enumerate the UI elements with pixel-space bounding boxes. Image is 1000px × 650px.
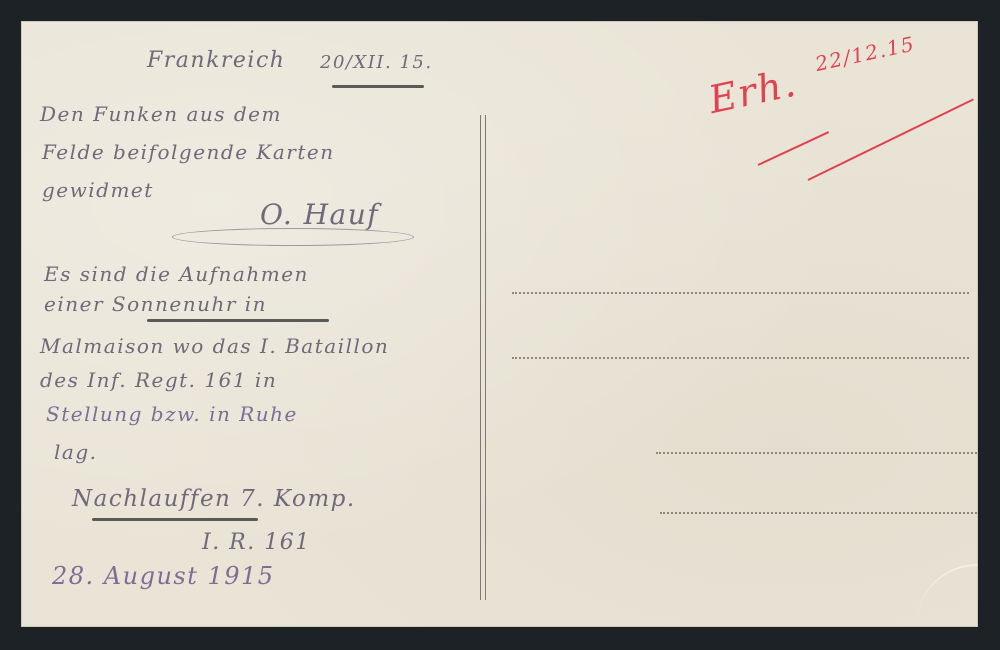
address-line-4 (660, 512, 977, 514)
receipt-underline-1 (758, 131, 830, 166)
caption-line-6: lag. (54, 440, 97, 464)
center-divider (480, 115, 486, 600)
caption-line-1: Es sind die Aufnahmen (44, 262, 309, 286)
caption-line-2: einer Sonnenuhr in (44, 292, 267, 316)
sender-line: Nachlauffen 7. Komp. (72, 486, 356, 512)
corner-crease (917, 564, 977, 626)
receipt-label: Erh. (705, 61, 801, 122)
sender-underline (92, 518, 258, 521)
header-date: 20/XII. 15. (320, 52, 433, 73)
caption-line-4: des Inf. Regt. 161 in (40, 368, 277, 392)
header-place: Frankreich (147, 48, 285, 73)
message-line-1: Den Funken aus dem (40, 102, 282, 126)
receipt-underline-2 (808, 98, 974, 180)
caption-line-3: Malmaison wo das I. Bataillon (40, 334, 389, 358)
regiment: I. R. 161 (202, 530, 311, 555)
written-date: 28. August 1915 (52, 562, 275, 590)
caption-line-5: Stellung bzw. in Ruhe (46, 402, 298, 426)
receipt-date: 22/12.15 (813, 31, 917, 76)
address-line-1 (512, 292, 969, 294)
signature: O. Hauf (260, 198, 379, 231)
caption-underline (147, 319, 329, 322)
message-line-2: Felde beifolgende Karten (42, 140, 335, 164)
signature-flourish (172, 228, 414, 246)
date-underline (332, 85, 424, 88)
message-line-3: gewidmet (42, 178, 154, 202)
address-line-2 (512, 357, 969, 359)
postcard: Frankreich 20/XII. 15. Den Funken aus de… (22, 22, 977, 626)
address-line-3 (656, 452, 977, 454)
